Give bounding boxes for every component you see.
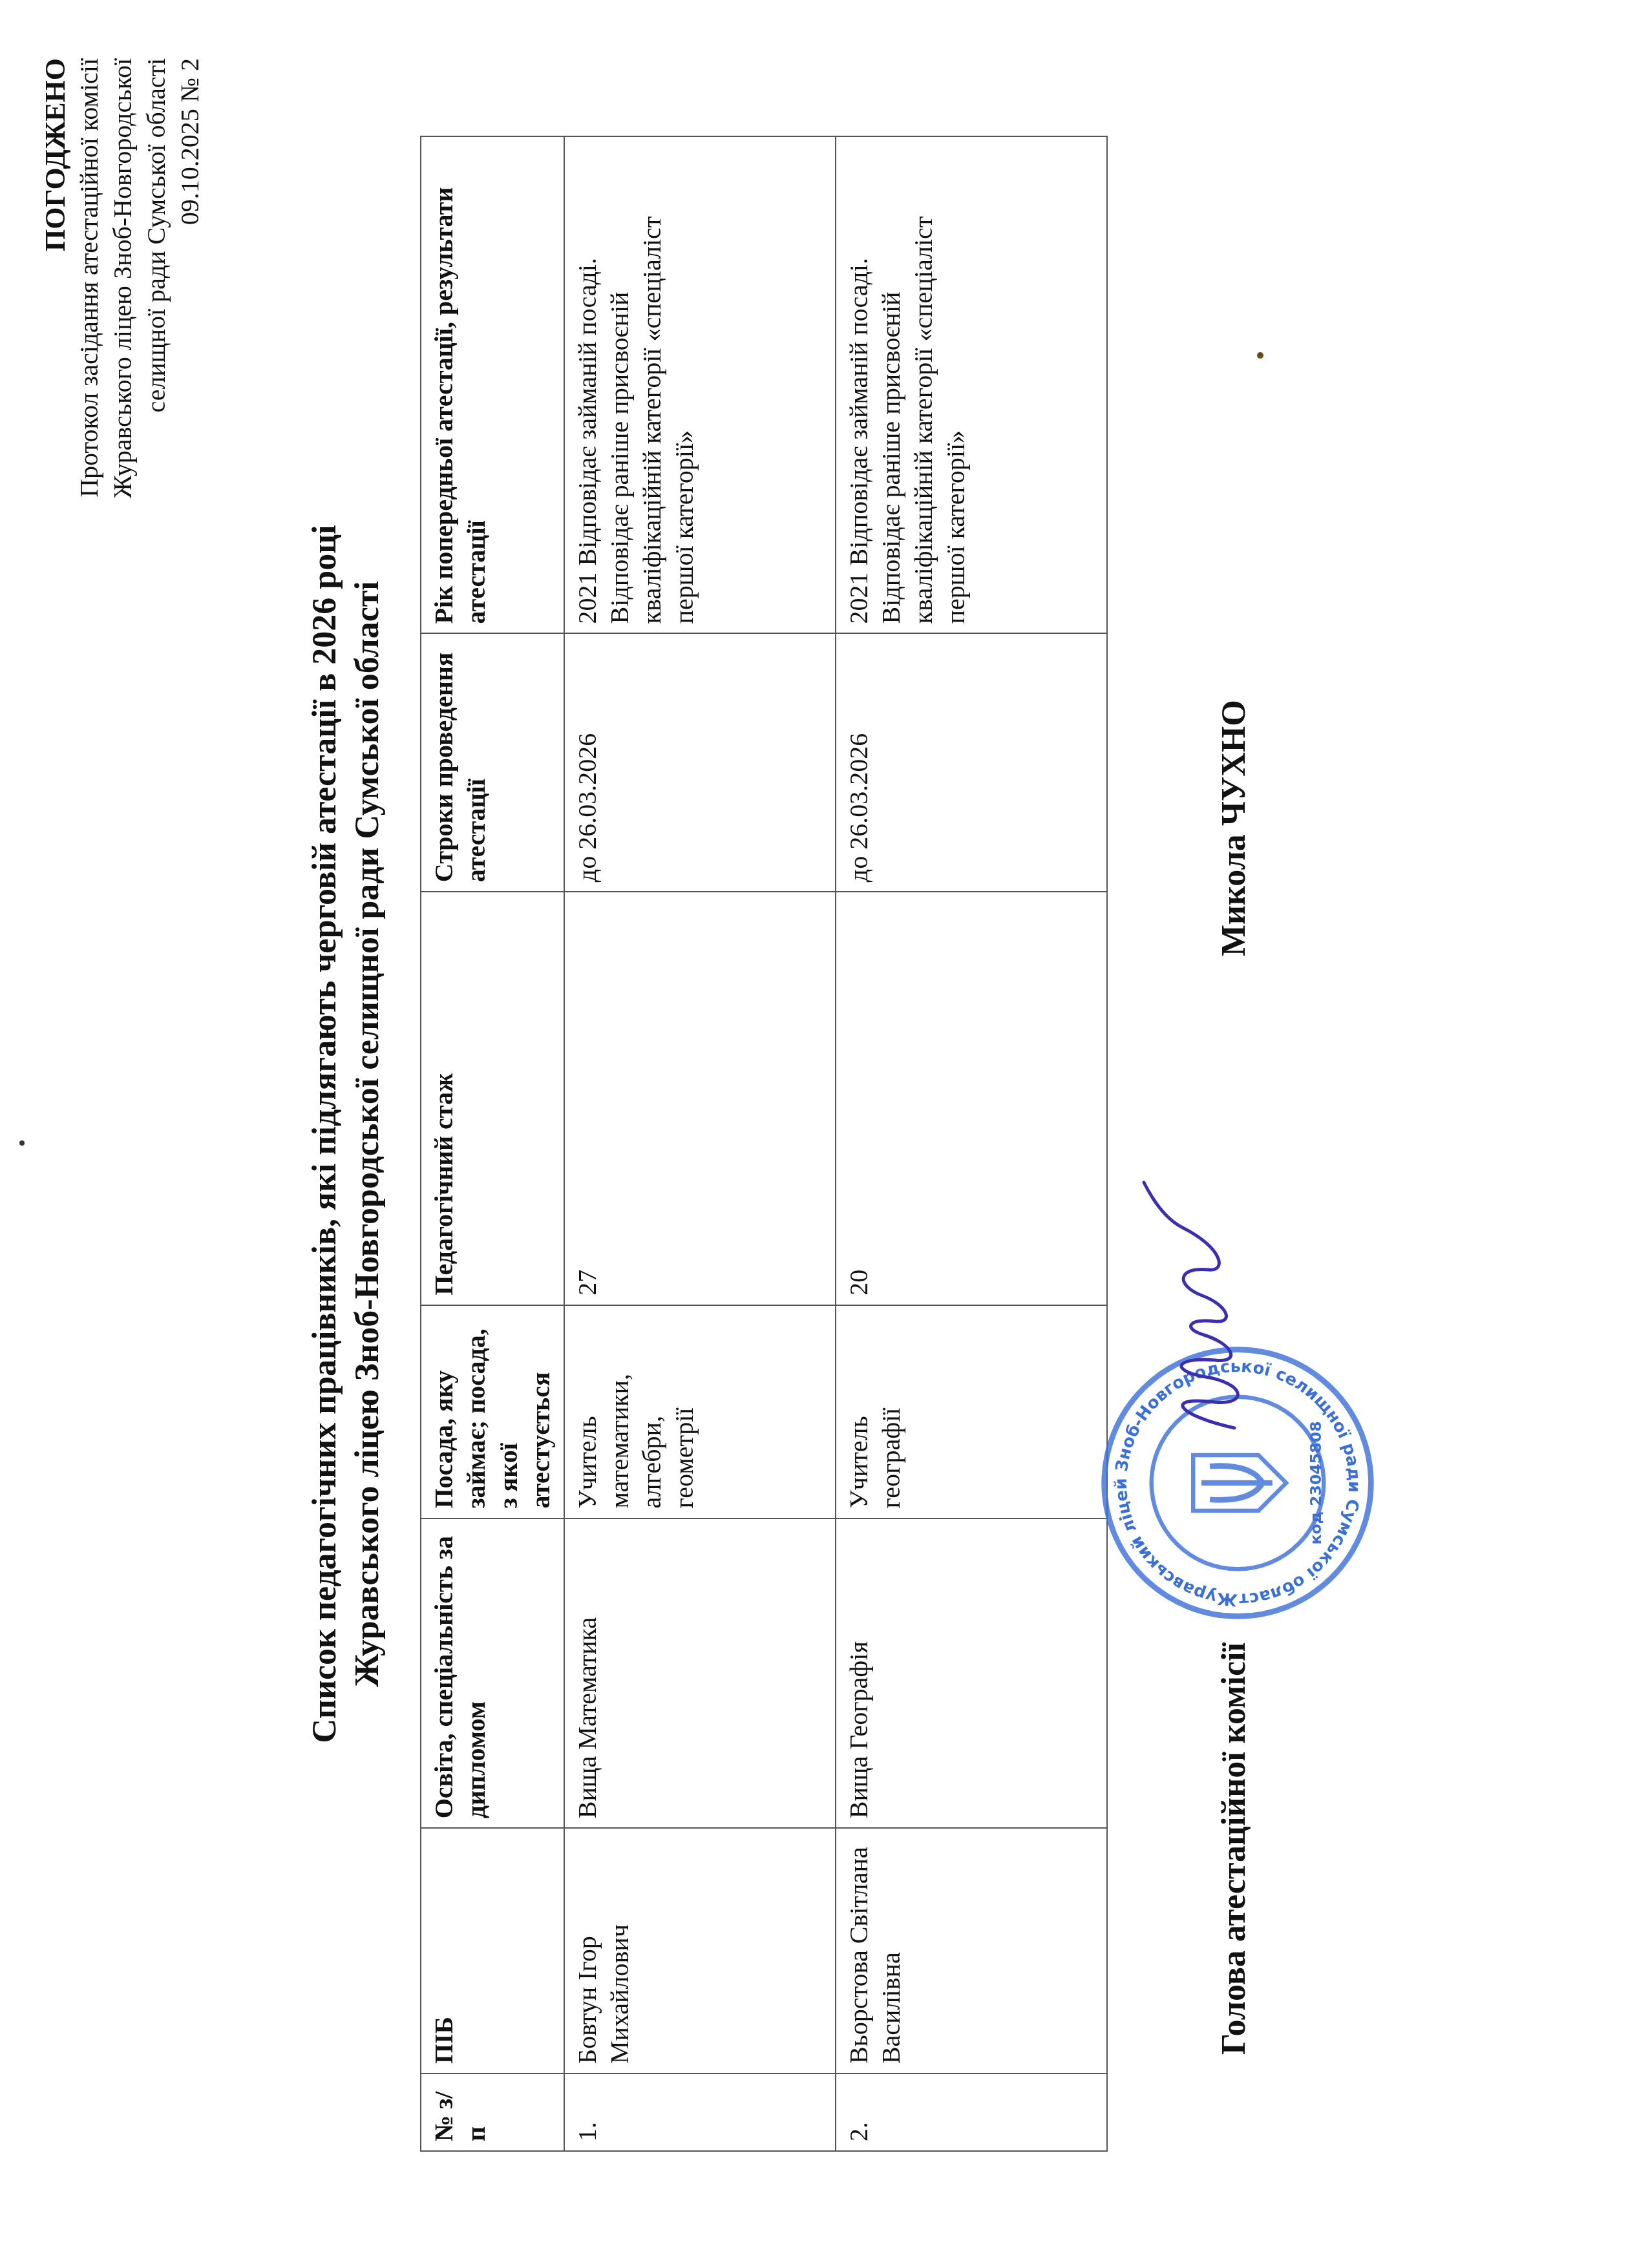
scan-speck [1257,352,1263,359]
header-previous: Рік попередньої атестації, результати ат… [421,136,564,633]
signer-role: Голова атестаційної комісії [1216,1643,1252,2055]
cell-num: 2. [836,2074,1107,2151]
cell-previous: 2021 Відповідає займаній посаді. Відпові… [564,136,836,633]
cell-deadline: до 26.03.2026 [836,633,1107,892]
approval-line: селищної ради Сумської області [140,58,173,640]
header-experience: Педагогічний стаж [421,892,564,1305]
cell-name: Бовтун Ігор Михайлович [564,1828,836,2074]
document-subtitle: Журавського ліцею Зноб-Новгородської сел… [346,0,389,2268]
attestation-table: № з/п ПІБ Освіта, спеціальність за дипло… [420,136,1108,2152]
cell-experience: 27 [564,892,836,1305]
cell-education: Вища Математика [564,1518,836,1829]
cell-deadline: до 26.03.2026 [564,633,836,892]
cell-num: 1. [564,2074,836,2151]
cell-position: Учитель географії [836,1305,1107,1518]
approval-block: ПОГОДЖЕНО Протокол засідання атестаційно… [39,58,207,640]
approval-title: ПОГОДЖЕНО [39,58,72,640]
cell-previous: 2021 Відповідає займаній посаді. Відпові… [836,136,1107,633]
stamp-code: код 23045808 [1307,1421,1325,1544]
header-num: № з/п [421,2074,564,2151]
document-title: Список педагогічних працівників, які під… [304,0,346,2268]
handwritten-signature-icon [1137,1170,1267,1441]
approval-line: Журавського ліцею Зноб-Новгородської [106,58,140,640]
signature-block: Голова атестаційної комісії Микола ЧУХНО [1215,1643,1253,2055]
approval-line: 09.10.2025 № 2 [173,58,207,640]
table-row: 1. Бовтун Ігор Михайлович Вища Математик… [564,136,836,2151]
scan-speck [19,1140,25,1146]
signer-name: Микола ЧУХНО [1215,700,1253,956]
header-name: ПІБ [421,1828,564,2074]
header-position: Посада, яку займає; посада, з якої атест… [421,1305,564,1518]
cell-name: Вьорстова Світлана Василівна [836,1828,1107,2074]
table-header-row: № з/п ПІБ Освіта, спеціальність за дипло… [421,136,564,2151]
table-row: 2. Вьорстова Світлана Василівна Вища Гео… [836,136,1107,2151]
cell-education: Вища Географія [836,1518,1107,1829]
cell-experience: 20 [836,892,1107,1305]
cell-position: Учитель математики, алгебри, геометрії [564,1305,836,1518]
document-page: ПОГОДЖЕНО Протокол засідання атестаційно… [0,0,1648,2268]
header-education: Освіта, спеціальність за дипломом [421,1518,564,1829]
approval-line: Протокол засідання атестаційної комісії [72,58,106,640]
header-deadline: Строки проведення атестації [421,633,564,892]
